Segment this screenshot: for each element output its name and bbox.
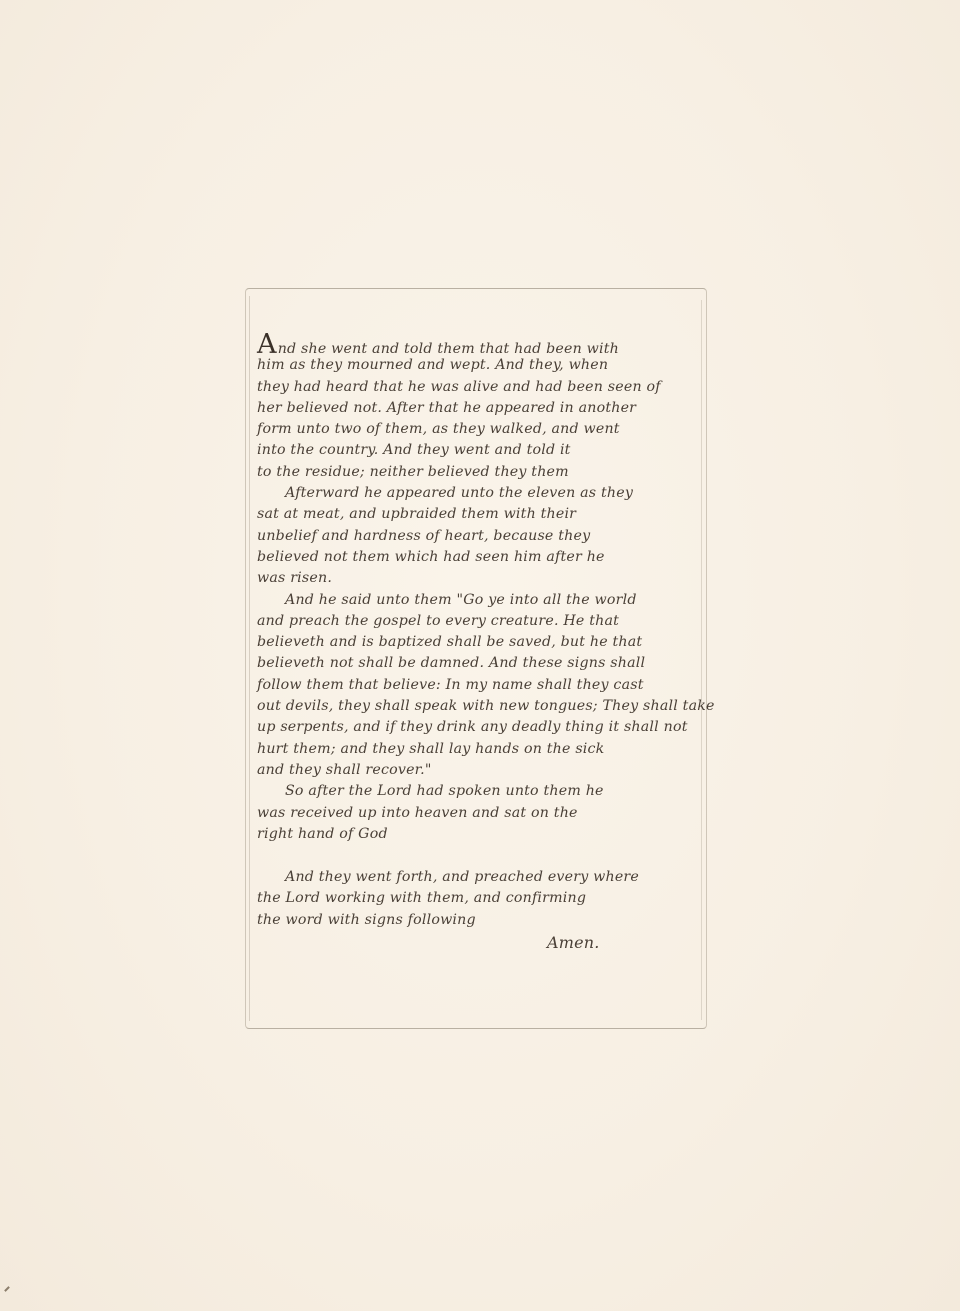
text-line: sat at meat, and upbraided them with the… xyxy=(257,504,702,525)
ruled-margin-left xyxy=(249,296,250,1021)
paragraph-3: And he said unto them "Go ye into all th… xyxy=(257,590,702,782)
text-line: into the country. And they went and told… xyxy=(257,440,702,461)
paragraph-5: And they went forth, and preached every … xyxy=(257,867,702,931)
text-line: form unto two of them, as they walked, a… xyxy=(257,419,702,440)
text-line: hurt them; and they shall lay hands on t… xyxy=(257,739,702,760)
text-line: was received up into heaven and sat on t… xyxy=(257,803,702,824)
text-line: So after the Lord had spoken unto them h… xyxy=(257,781,702,802)
text-line: and they shall recover." xyxy=(257,760,702,781)
closing-amen: Amen. xyxy=(257,931,702,955)
paragraph-gap xyxy=(257,845,702,867)
paragraph-2: Afterward he appeared unto the eleven as… xyxy=(257,483,702,589)
text-line: her believed not. After that he appeared… xyxy=(257,398,702,419)
paragraph-1: And she went and told them that had been… xyxy=(257,334,702,483)
text-line: and preach the gospel to every creature.… xyxy=(257,611,702,632)
text-line: And he said unto them "Go ye into all th… xyxy=(257,590,702,611)
text-line: him as they mourned and wept. And they, … xyxy=(257,355,702,376)
text-line: they had heard that he was alive and had… xyxy=(257,377,702,398)
text-line: to the residue; neither believed they th… xyxy=(257,462,702,483)
text-line: Afterward he appeared unto the eleven as… xyxy=(257,483,702,504)
paragraph-4: So after the Lord had spoken unto them h… xyxy=(257,781,702,845)
text-line: believeth not shall be damned. And these… xyxy=(257,653,702,674)
text-line: the Lord working with them, and confirmi… xyxy=(257,888,702,909)
text-line: unbelief and hardness of heart, because … xyxy=(257,526,702,547)
text-line: believeth and is baptized shall be saved… xyxy=(257,632,702,653)
text-line: follow them that believe: In my name sha… xyxy=(257,675,702,696)
text-line: out devils, they shall speak with new to… xyxy=(257,696,702,717)
handwritten-text-block: And she went and told them that had been… xyxy=(257,334,702,955)
text-line: believed not them which had seen him aft… xyxy=(257,547,702,568)
text-line: And she went and told them that had been… xyxy=(257,334,702,355)
text-line: And they went forth, and preached every … xyxy=(257,867,702,888)
text-line: was risen. xyxy=(257,568,702,589)
text-line: right hand of God xyxy=(257,824,702,845)
text-line: up serpents, and if they drink any deadl… xyxy=(257,717,702,738)
text-line: the word with signs following xyxy=(257,910,702,931)
